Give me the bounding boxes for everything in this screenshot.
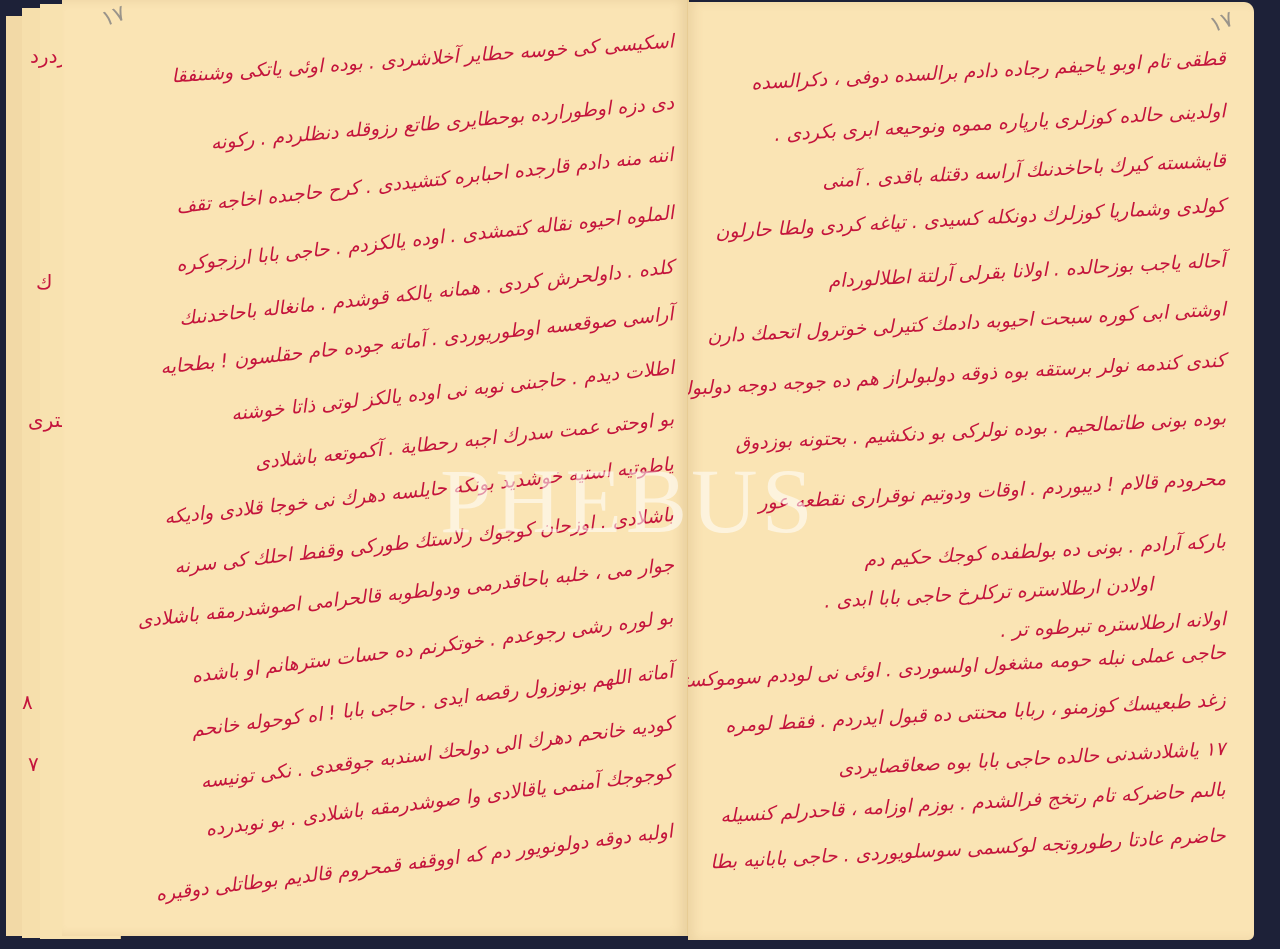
text-line: باركه آرادم . بونى ده بولطفده كوجك حكيم … [864, 531, 1227, 572]
text-line: اوشتى ابى كوره سبحت احيوبه دادمك كتيرلى … [706, 298, 1226, 347]
text-line: كولدى وشماريا كوزلرك دونكله كسيدى . تياغ… [715, 195, 1226, 244]
page-number: ١٧ [98, 1, 129, 33]
text-line: اولادن ارطلاستره تركلرخ حاجى بابا ابدى . [824, 573, 1154, 612]
margin-note: ٨ [22, 690, 33, 714]
text-line: اسكيسى كى خوسه حطاير آخلاشردى . بوده اوئ… [171, 30, 675, 87]
text-line: اولانه ارطلاستره تبرطوه تر . [999, 608, 1226, 642]
right-page: ١٧ قطقى تام اوبو ياحيفم رجاده دادم برالس… [688, 2, 1254, 940]
text-line: ١٧ ياشلادشدنى حالده حاجى بابا بوه صعاقصا… [838, 738, 1226, 780]
text-line: زغد طبعيسك كوزمنو ، ربابا محنتى ده قبول … [725, 689, 1226, 737]
text-line: آحاله ياجب بوزحالده . اولانا بقرلى آرلتة… [828, 250, 1226, 293]
text-line: قايشسته كيرك باحاخدنىك آراسه دقتله باقدى… [821, 149, 1226, 192]
text-line: بالىم حاضركه تام رتخج فرالشدم . بوزم اوز… [720, 779, 1226, 827]
text-line: دى دزه اوطورارده بوحطايرى طاتع رزوقله دن… [210, 92, 675, 154]
margin-note: ك [36, 270, 52, 294]
text-line: اولدينى حالده كوزلرى يارپاره مموه ونوحيع… [774, 100, 1226, 146]
margin-note: ٧ [28, 752, 39, 776]
left-page: ١٧ اسكيسى كى خوسه حطاير آخلاشردى . بوده … [62, 0, 689, 936]
page-number: ١٧ [1207, 7, 1238, 39]
text-line: كندى كندمه نولر برستقه بوه ذوقه دولبولرا… [688, 350, 1226, 401]
text-line: حاجى عملى نبله حومه مشغول اولسوردى . اوئ… [688, 642, 1226, 693]
text-line: محرودم قالام ! ديبوردم . اوقات ودوتيم نو… [757, 468, 1226, 514]
text-line: بوده بونى طاتمالحيم . بوده نولركى بو دنك… [734, 407, 1226, 455]
text-line: قطقى تام اوبو ياحيفم رجاده دادم برالسده … [751, 48, 1227, 95]
text-line: اننه منه دادم قارجده احبابره كتشيددى . ك… [175, 144, 674, 218]
text-line: حاضرم عادتا رطوروتجه لوكسمى سوسلويوردى .… [710, 825, 1227, 874]
